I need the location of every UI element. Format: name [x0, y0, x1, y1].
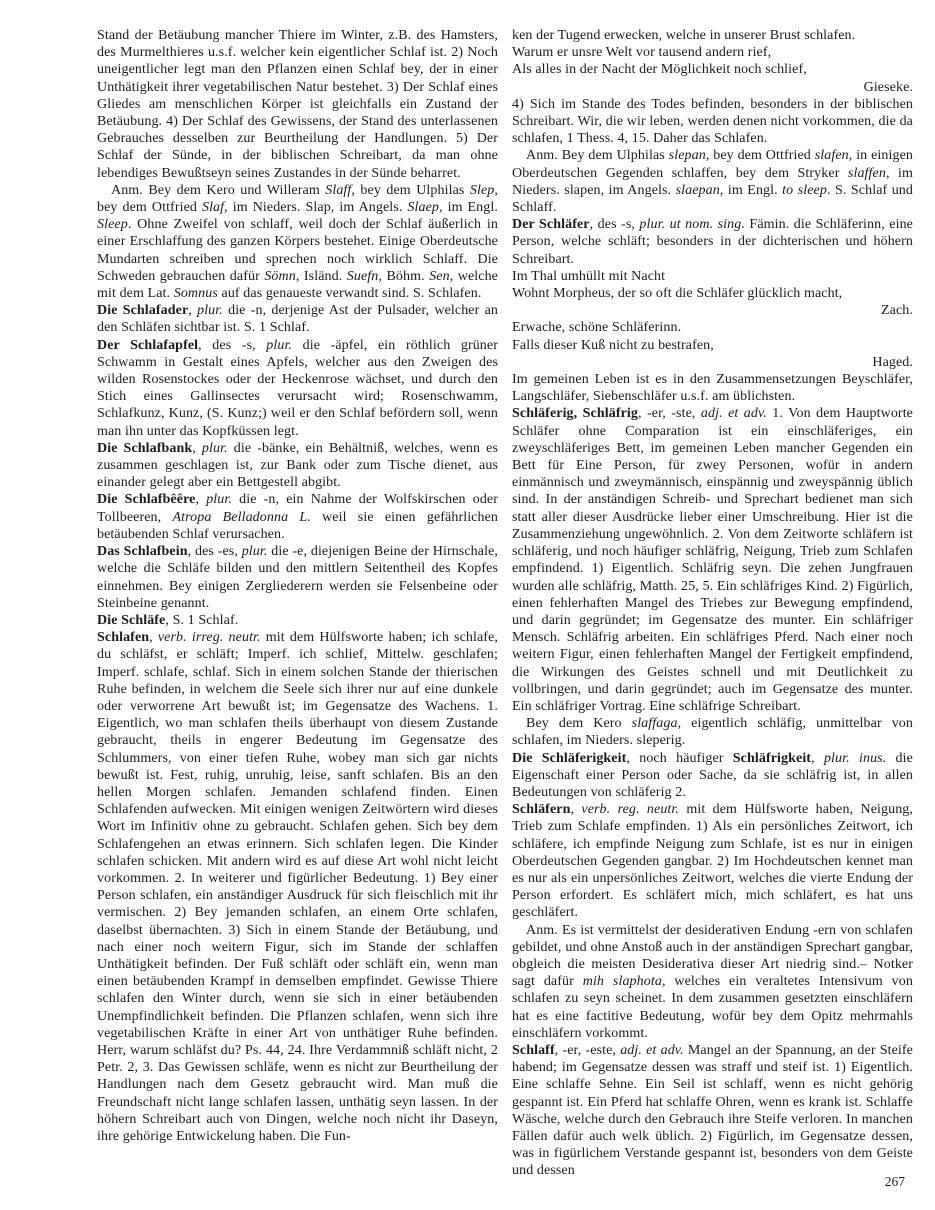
body-text: , [149, 630, 158, 645]
verse-line: Im Thal umhüllt mit Nacht [512, 268, 913, 285]
italic-text: adj. et adv. [701, 406, 767, 421]
italic-text: plur. [266, 338, 292, 353]
body-text: , [195, 492, 206, 507]
entry-paragraph: Schläfern, verb. reg. neutr. mit dem Hül… [512, 801, 913, 921]
body-text: Wohnt Morpheus, der so oft die Schläfer … [512, 286, 842, 301]
italic-text: plur. [202, 441, 228, 456]
italic-text: Somnus [174, 286, 218, 301]
italic-text: plur. inus. [824, 751, 886, 766]
entry-paragraph: Schläferig, Schläfrig, -er, -ste, adj. e… [512, 405, 913, 715]
headword-bold: Das Schlafbein [97, 544, 188, 559]
body-text: , im Engl. [439, 200, 498, 215]
continuation-paragraph: ken der Tugend erwecken, welche in unser… [512, 27, 913, 44]
entry-paragraph: Die Schläfe, S. 1 Schlaf. [97, 612, 498, 629]
body-text: ken der Tugend erwecken, welche in unser… [512, 28, 855, 43]
headword-bold: Die Schläferigkeit [512, 751, 626, 766]
body-text: , des -es, [188, 544, 242, 559]
entry-paragraph: Die Schlafader, plur. die -n, derjenige … [97, 302, 498, 336]
headword-bold: Schläferig, Schläfrig [512, 406, 638, 421]
italic-text: to sleep [782, 183, 827, 198]
italic-text: Sleep [97, 217, 128, 232]
italic-text: slepan [669, 148, 706, 163]
italic-text: slaepan [676, 183, 720, 198]
italic-text: plur. [197, 303, 223, 318]
body-text: , S. 1 Schlaf. [165, 613, 238, 628]
body-text: Gieseke. [864, 80, 913, 95]
continuation-paragraph: 4) Sich im Stande des Todes befinden, be… [512, 96, 913, 148]
body-text: , im Engl. [720, 183, 782, 198]
headword-bold: Der Schlafapfel [97, 338, 198, 353]
entry-paragraph: Die Schläferigkeit, noch häufiger Schläf… [512, 750, 913, 802]
entry-paragraph: Die Schlafbank, plur. die -bänke, ein Be… [97, 440, 498, 492]
body-text: , [570, 802, 581, 817]
italic-text: Suefn [347, 269, 379, 284]
body-text: , -er, -este, [555, 1043, 620, 1058]
right-column: ken der Tugend erwecken, welche in unser… [512, 27, 913, 1180]
headword-bold: Die Schläfe [97, 613, 165, 628]
body-text: Erwache, schöne Schläferinn. [512, 320, 681, 335]
italic-text: Slep [470, 183, 495, 198]
headword-bold: Die Schlafbank [97, 441, 192, 456]
body-text: Zach. [881, 303, 913, 318]
italic-text: Slaff [325, 183, 351, 198]
entry-paragraph: Der Schläfer, des -s, plur. ut nom. sing… [512, 216, 913, 268]
italic-text: Sömn [264, 269, 296, 284]
body-text: Im gemeinen Leben ist es in den Zusammen… [512, 372, 913, 404]
note-paragraph: Anm. Bey dem Ulphilas slepan, bey dem Ot… [512, 147, 913, 216]
italic-text: slaffen [848, 166, 886, 181]
dictionary-page: Stand der Betäubung mancher Thiere im Wi… [0, 0, 935, 1210]
italic-text: Slaf [202, 200, 224, 215]
body-text: , noch häufiger [626, 751, 732, 766]
body-text: Bey dem Kero [526, 716, 632, 731]
note-paragraph: Anm. Es ist vermittelst der desiderative… [512, 922, 913, 1042]
note-paragraph: Bey dem Kero slaffaga, eigentlich schläf… [512, 715, 913, 749]
italic-text: plur. [242, 544, 268, 559]
body-text: , Böhm. [378, 269, 429, 284]
body-text: Stand der Betäubung mancher Thiere im Wi… [97, 28, 498, 181]
headword-bold: Schlafen [97, 630, 149, 645]
body-text: Falls dieser Kuß nicht zu bestrafen, [512, 338, 714, 353]
body-text: Anm. Bey dem Ulphilas [526, 148, 669, 163]
verse-line: Warum er unsre Welt vor tausend andern r… [512, 44, 913, 61]
italic-text: slaffaga [632, 716, 678, 731]
italic-text: plur. ut nom. sing. [639, 217, 745, 232]
entry-paragraph: Schlafen, verb. irreg. neutr. mit dem Hü… [97, 629, 498, 1145]
body-text: auf das genaueste verwandt sind. S. Schl… [218, 286, 482, 301]
body-text: mit dem Hülfsworte haben, Neigung, Trieb… [512, 802, 913, 920]
body-text: 4) Sich im Stande des Todes befinden, be… [512, 97, 913, 146]
continuation-paragraph: Im gemeinen Leben ist es in den Zusammen… [512, 371, 913, 405]
body-text: mit dem Hülfsworte haben; ich schlafe, d… [97, 630, 498, 1144]
verse-line: Erwache, schöne Schläferinn. [512, 319, 913, 336]
body-text: Warum er unsre Welt vor tausend andern r… [512, 45, 771, 60]
body-text: , im Nieders. Slap, im Angels. [224, 200, 407, 215]
body-text: , des -s, [590, 217, 640, 232]
headword-bold: Die Schlafader [97, 303, 188, 318]
italic-text: Atropa Belladonna L. [172, 510, 310, 525]
body-text: Im Thal umhüllt mit Nacht [512, 269, 665, 284]
entry-paragraph: Schlaff, -er, -este, adj. et adv. Mangel… [512, 1042, 913, 1180]
body-text: , [188, 303, 197, 318]
body-text: , -er, -ste, [638, 406, 701, 421]
italic-text: slafen [815, 148, 849, 163]
body-text: 1. Von dem Hauptworte Schläfer ohne Comp… [512, 406, 913, 713]
entry-paragraph: Der Schlafapfel, des -s, plur. die -äpfe… [97, 337, 498, 440]
italic-text: verb. irreg. neutr. [158, 630, 261, 645]
italic-text: mih slaphota [583, 974, 662, 989]
body-text: , [811, 751, 824, 766]
body-text: , bey dem Ottfried [706, 148, 815, 163]
entry-paragraph: Die Schlafbêêre, plur. die -n, ein Nahme… [97, 491, 498, 543]
body-text: , Isländ. [296, 269, 347, 284]
body-text: Als alles in der Nacht der Möglichkeit n… [512, 62, 807, 77]
page-number: 267 [885, 1174, 905, 1190]
headword-bold: Schläfrigkeit [733, 751, 811, 766]
italic-text: verb. reg. neutr. [581, 802, 679, 817]
verse-line: Als alles in der Nacht der Möglichkeit n… [512, 61, 913, 78]
headword-bold: Die Schlafbêêre [97, 492, 195, 507]
body-text: , bey dem Ulphilas [351, 183, 469, 198]
italic-text: Slaep [407, 200, 439, 215]
headword-bold: Schlaff [512, 1043, 555, 1058]
verse-line: Falls dieser Kuß nicht zu bestrafen, [512, 337, 913, 354]
body-text: Haged. [872, 355, 913, 370]
body-text: Mangel an der Spannung, an der Steife ha… [512, 1043, 913, 1178]
entry-paragraph: Das Schlafbein, des -es, plur. die -e, d… [97, 543, 498, 612]
verse-line: Wohnt Morpheus, der so oft die Schläfer … [512, 285, 913, 302]
continuation-paragraph: Stand der Betäubung mancher Thiere im Wi… [97, 27, 498, 182]
attribution: Haged. [512, 354, 913, 371]
left-column: Stand der Betäubung mancher Thiere im Wi… [97, 27, 498, 1145]
body-text: , des -s, [198, 338, 266, 353]
italic-text: adj. et adv. [620, 1043, 684, 1058]
attribution: Zach. [512, 302, 913, 319]
headword-bold: Schläfern [512, 802, 570, 817]
italic-text: Sen [429, 269, 450, 284]
headword-bold: Der Schläfer [512, 217, 590, 232]
body-text: , [192, 441, 202, 456]
attribution: Gieseke. [512, 79, 913, 96]
note-paragraph: Anm. Bey dem Kero und Willeram Slaff, be… [97, 182, 498, 302]
body-text: Anm. Bey dem Kero und Willeram [111, 183, 325, 198]
italic-text: plur. [206, 492, 232, 507]
